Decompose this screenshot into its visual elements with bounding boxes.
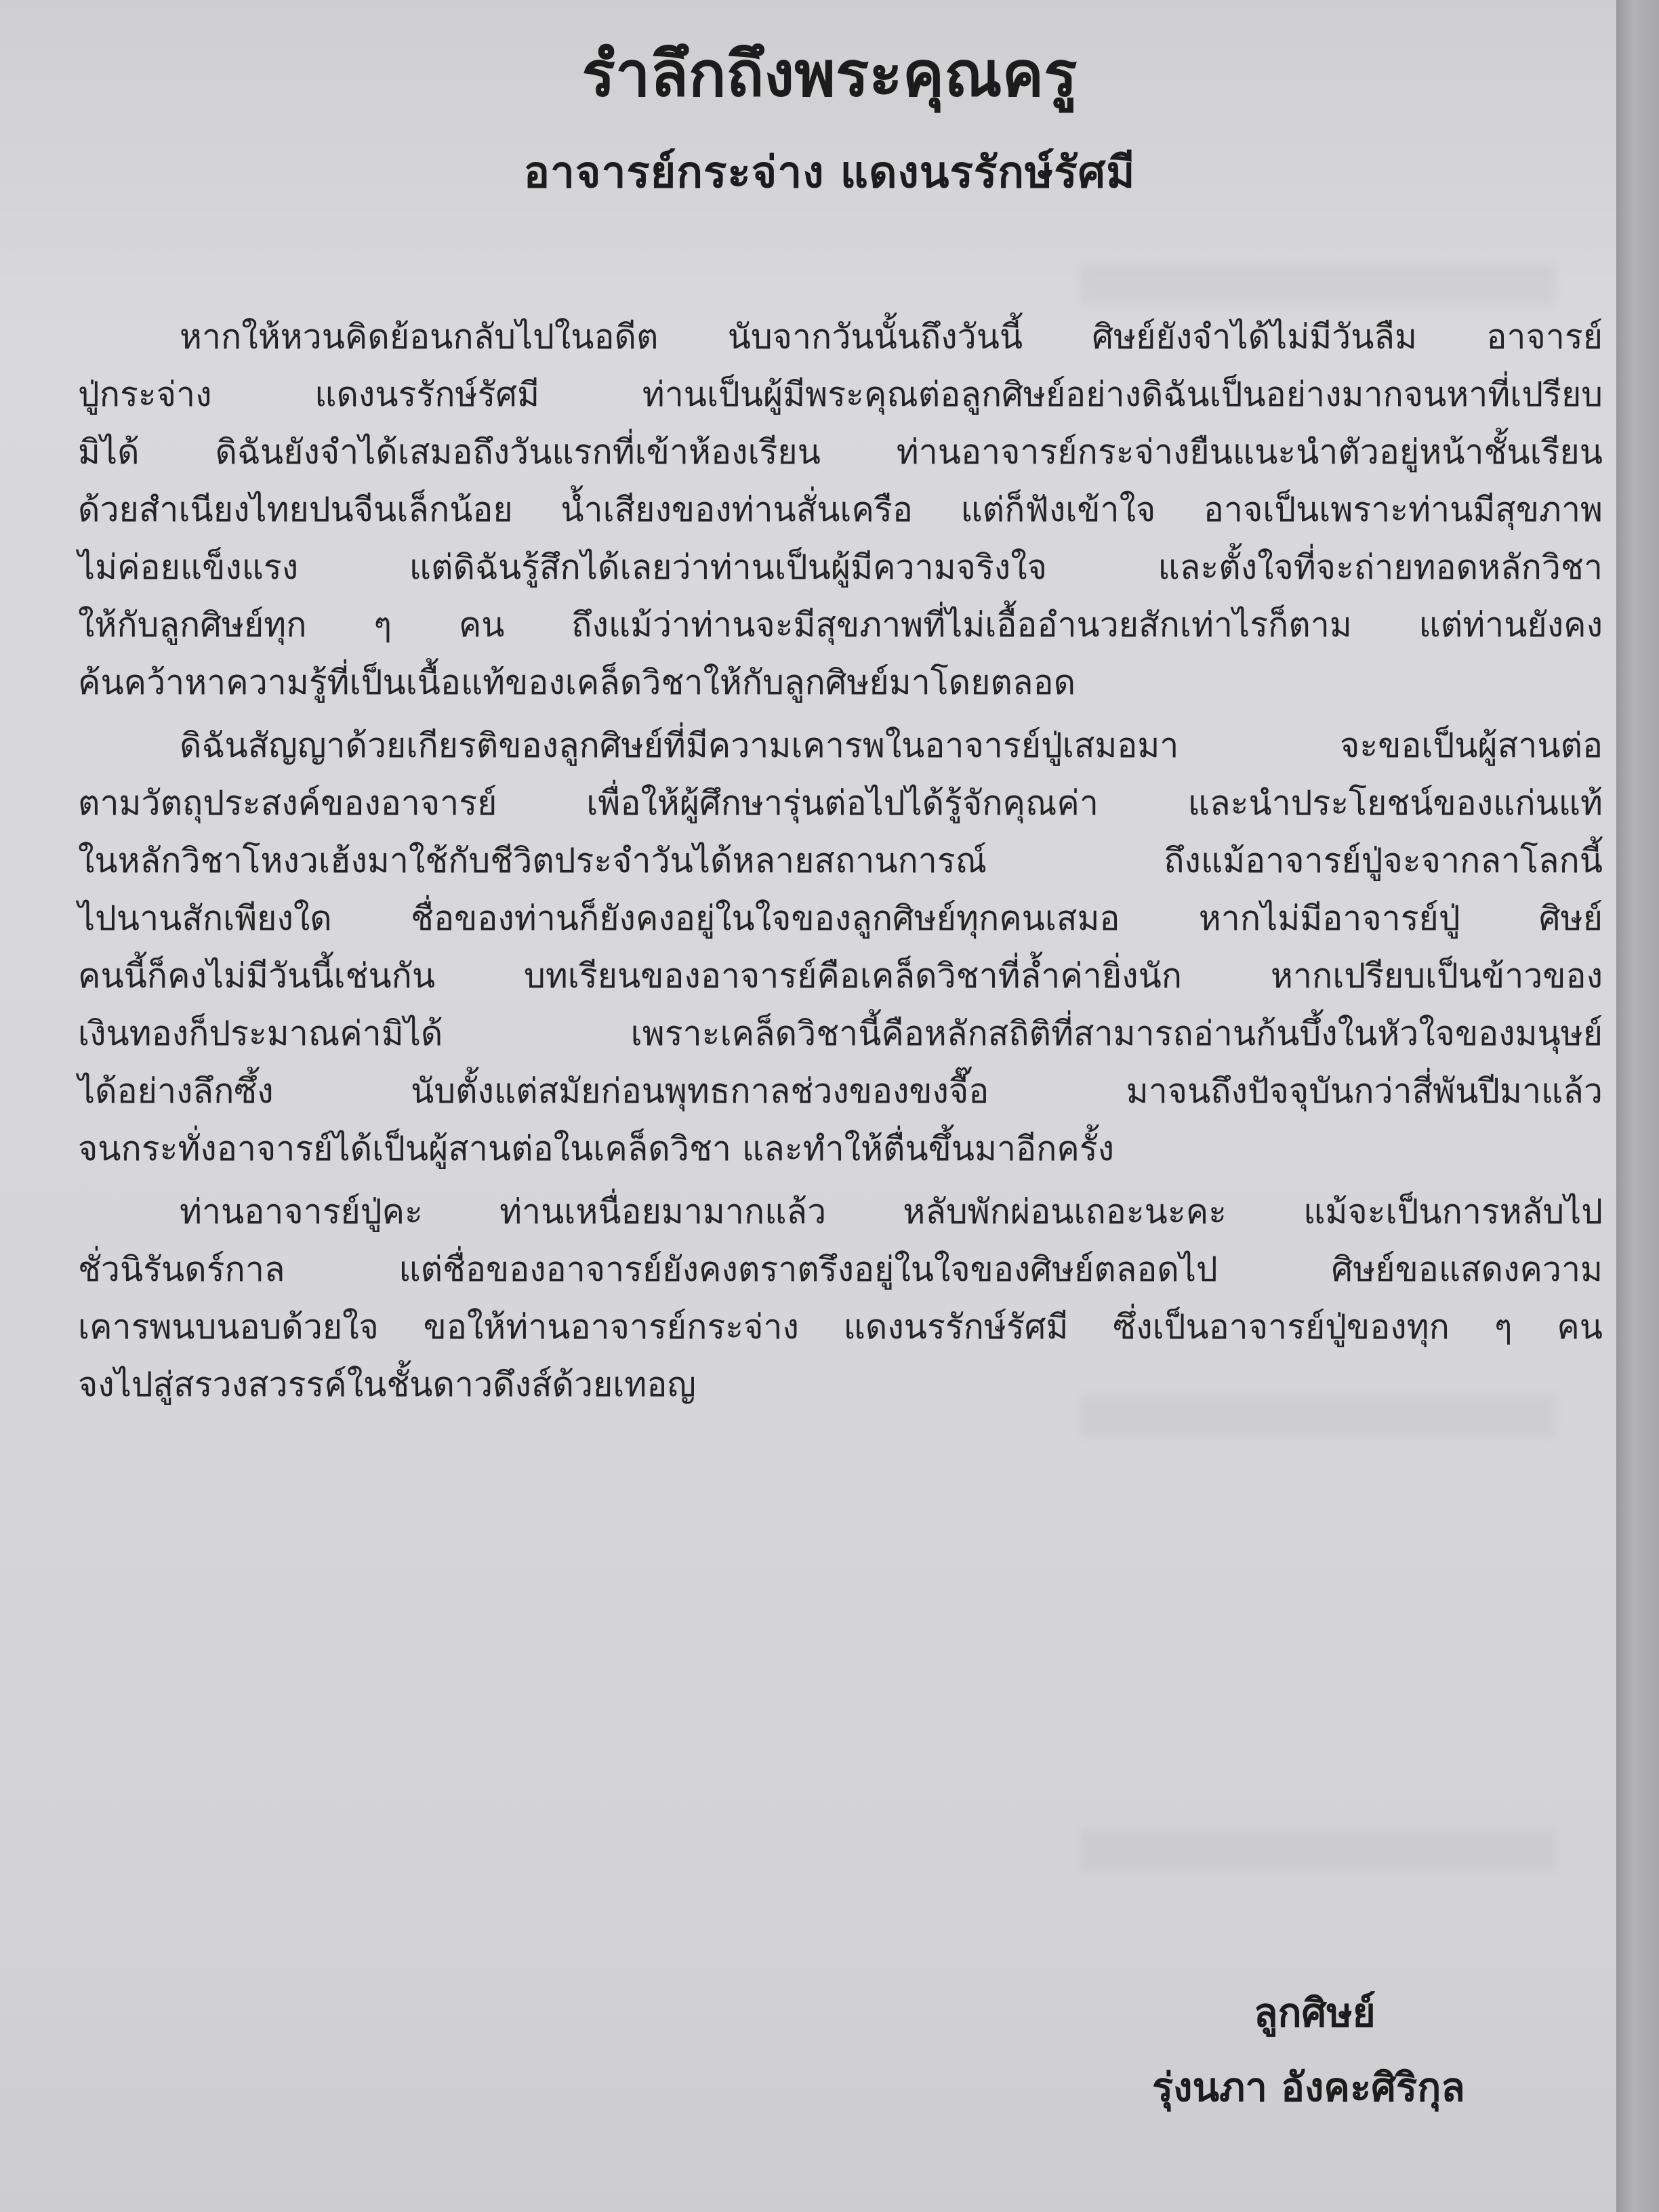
text-line: ให้กับลูกศิษย์ทุก ๆ คน ถึงแม้ว่าท่านจะมี… (78, 596, 1603, 654)
text-line: มิได้ ดิฉันยังจำได้เสมอถึงวันแรกที่เข้าห… (78, 424, 1603, 481)
text-line: ไม่ค่อยแข็งแรง แต่ดิฉันรู้สึกได้เลยว่าท่… (78, 539, 1603, 596)
text-line: หากให้หวนคิดย้อนกลับไปในอดีต นับจากวันนั… (78, 308, 1603, 366)
signature-block: ลูกศิษย์ รุ่งนภา อังคะศิริกุล (1152, 1979, 1559, 2121)
signature-name: รุ่งนภา อังคะศิริกุล (1152, 2053, 1559, 2121)
book-page: รำลึกถึงพระคุณครู อาจารย์กระจ่าง แดงนรรั… (0, 0, 1616, 2212)
text-line: ชั่วนิรันดร์กาล แต่ชื่อของอาจารย์ยังคงตร… (78, 1241, 1603, 1298)
text-line: เงินทองก็ประมาณค่ามิได้ เพราะเคล็ดวิชานี… (78, 1005, 1603, 1063)
paragraph-gap (78, 712, 1603, 717)
show-through-text (1081, 1830, 1555, 1870)
text-line: ไปนานสักเพียงใด ชื่อของท่านก็ยังคงอยู่ใน… (78, 890, 1603, 947)
paragraph-2: ดิฉันสัญญาด้วยเกียรติของลูกศิษย์ที่มีควา… (78, 717, 1603, 1178)
text-line: ค้นคว้าหาความรู้ที่เป็นเนื้อแท้ของเคล็ดว… (78, 654, 1603, 712)
text-line: คนนี้ก็คงไม่มีวันนี้เช่นกัน บทเรียนของอา… (78, 947, 1603, 1005)
text-line: ท่านอาจารย์ปู่คะ ท่านเหนื่อยมามากแล้ว หล… (78, 1183, 1603, 1241)
text-line: ในหลักวิชาโหงวเฮ้งมาใช้กับชีวิตประจำวันไ… (78, 832, 1603, 890)
text-line: ได้อย่างลึกซึ้ง นับตั้งแต่สมัยก่อนพุทธกา… (78, 1063, 1603, 1120)
text-line: ตามวัตถุประสงค์ของอาจารย์ เพื่อให้ผู้ศึก… (78, 775, 1603, 832)
paragraph-1: หากให้หวนคิดย้อนกลับไปในอดีต นับจากวันนั… (78, 308, 1603, 712)
show-through-text (1081, 264, 1555, 305)
signature-role: ลูกศิษย์ (1254, 1979, 1559, 2047)
paragraph-3: ท่านอาจารย์ปู่คะ ท่านเหนื่อยมามากแล้ว หล… (78, 1183, 1603, 1414)
text-line: เคารพนบนอบด้วยใจ ขอให้ท่านอาจารย์กระจ่าง… (78, 1298, 1603, 1356)
text-line: จนกระทั่งอาจารย์ได้เป็นผู้สานต่อในเคล็ดว… (78, 1120, 1603, 1178)
page-title: รำลึกถึงพระคุณครู (0, 27, 1659, 122)
page-edge-shadow (1616, 0, 1659, 2212)
text-line: ปู่กระจ่าง แดงนรรักษ์รัศมี ท่านเป็นผู้มี… (78, 366, 1603, 424)
memorial-text: หากให้หวนคิดย้อนกลับไปในอดีต นับจากวันนั… (78, 308, 1603, 1414)
text-line: จงไปสู่สรวงสวรรค์ในชั้นดาวดึงส์ด้วยเทอญ (78, 1356, 1603, 1414)
text-line: ด้วยสำเนียงไทยปนจีนเล็กน้อย น้ำเสียงของท… (78, 481, 1603, 539)
page-subtitle: อาจารย์กระจ่าง แดงนรรักษ์รัศมี (0, 139, 1659, 207)
paragraph-gap (78, 1178, 1603, 1183)
text-line: ดิฉันสัญญาด้วยเกียรติของลูกศิษย์ที่มีควา… (78, 717, 1603, 775)
